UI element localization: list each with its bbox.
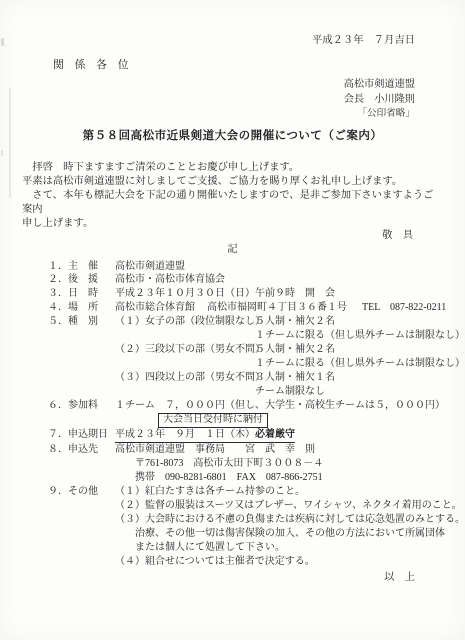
scan-artifact [9, 88, 11, 198]
division-format: ５人制・補欠２名 [255, 315, 335, 329]
item-venue: ４．場 所 高松市総合体育館 高松市福岡町４丁目３６番１号 TEL 087-82… [48, 301, 455, 315]
item-value: 平成２３年１０月３０日（日）午前９時 開 会 [115, 287, 335, 301]
sender-org: 高松市剣道連盟 [0, 78, 415, 93]
division-format: ３人制・補欠１名 [255, 371, 335, 385]
other-note-continuation: 治療、その他一切は傷害保険の加入、その他の方法において所属団体 [115, 527, 445, 541]
details-list: １．主 催 高松市剣道連盟 ２．後 援 高松市・高松市体育協会 ３．日 時 平成… [48, 260, 455, 569]
item-division-1-limit: １チームに限る（但し県外チームは制限なし） [48, 329, 455, 343]
venue-name: 高松市総合体育館 [115, 301, 195, 315]
other-note: （３）大会時における不慮の負傷または疾病に対しては応急処置のみとする。 [115, 513, 465, 527]
item-division-3-limit: チーム制限なし [48, 385, 455, 399]
contact-office: 高松市剣道連盟 事務局 宮 武 幸 則 [115, 443, 315, 457]
greeting-line: 拝啓 時下ますますご清栄のこととお慶び申し上げます。 [22, 161, 441, 175]
item-label: ９．その他 [48, 485, 115, 499]
item-label: ６．参加料 [48, 399, 115, 413]
item-contact: ８．申込先 高松市剣道連盟 事務局 宮 武 幸 則 [48, 443, 455, 457]
deadline-strict-note: 必着厳守 [255, 429, 295, 440]
division-name: （１）女子の部（段位制限なし） [115, 315, 255, 329]
item-datetime: ３．日 時 平成２３年１０月３０日（日）午前９時 開 会 [48, 287, 455, 301]
letter-date: 平成２３年 ７月吉日 [0, 34, 465, 47]
seal-omission-note: 「公印省略」 [0, 107, 415, 122]
item-contact-phones: 携帯 090-8281-6801 FAX 087-866-2751 [48, 471, 455, 485]
item-deadline: ７．申込期日 平成２３年 ９月 １日（木）必着厳守 [48, 428, 455, 443]
item-division-3: （３）四段以上の部（男女不問） ３人制・補欠１名 [48, 371, 455, 385]
contact-phones: 携帯 090-8281-6801 FAX 087-866-2751 [115, 471, 323, 485]
division-format: ５人制・補欠２名 [255, 343, 335, 357]
other-note: （１）紅白たすきは各チーム持参のこと。 [115, 485, 305, 499]
sender-president: 会長 小川隆則 [0, 93, 415, 108]
item-label: ４．場 所 [48, 301, 115, 315]
recipient-line: 関 係 各 位 [53, 59, 465, 72]
item-others-3-cont2: または個人にて処置して下さい。 [48, 541, 455, 555]
item-others-4: （４）組合せについては主催者で決定する。 [48, 555, 455, 569]
other-note: （２）監督の服装はスーツ又はブレザー、ワイシャツ、ネクタイ着用のこと。 [115, 499, 462, 513]
item-label: １．主 催 [48, 260, 115, 274]
item-label: ７．申込期日 [48, 428, 115, 442]
greeting-line: 平素は高松市剣道連盟に対しましてご支援、ご協力を賜り厚くお礼申し上げます。 [22, 175, 441, 189]
item-value: 高松市・高松市体育協会 [115, 273, 225, 287]
item-fee: ６．参加料 １チーム ７，０００円（但し、大学生・高校生チームは５，０００円） [48, 399, 455, 413]
greeting-line: さて、本年も標記大会を下記の通り開催いたしますので、是非ご参加下さいますようご案… [22, 189, 441, 217]
item-others-1: ９．その他 （１）紅白たすきは各チーム持参のこと。 [48, 485, 455, 499]
scan-artifact [1, 38, 4, 46]
payment-note-box: 大会当日受付時に納付 [158, 413, 268, 428]
item-contact-address: 〒761-8073 高松市太田下町３００８－４ [48, 457, 455, 471]
venue-tel: TEL 087-822-0211 [362, 301, 446, 315]
item-sponsor: ２．後 援 高松市・高松市体育協会 [48, 273, 455, 287]
division-limit: １チームに限る（但し県外チームは制限なし） [255, 357, 465, 371]
item-others-3-cont: 治療、その他一切は傷害保険の加入、その他の方法において所属団体 [48, 527, 455, 541]
fee-value: １チーム ７，０００円（但し、大学生・高校生チームは５，０００円） [115, 399, 445, 413]
venue-address: 高松市福岡町４丁目３６番１号 [207, 301, 347, 315]
other-note: （４）組合せについては主催者で決定する。 [115, 555, 315, 569]
division-limit: チーム制限なし [255, 385, 325, 399]
item-label: ２．後 援 [48, 273, 115, 287]
item-label: ３．日 時 [48, 287, 115, 301]
division-limit: １チームに限る（但し県外チームは制限なし） [255, 329, 465, 343]
item-division-2-limit: １チームに限る（但し県外チームは制限なし） [48, 357, 455, 371]
contact-address: 〒761-8073 高松市太田下町３００８－４ [115, 457, 323, 471]
item-fee-payment-note: 大会当日受付時に納付 [48, 412, 455, 428]
item-label: ８．申込先 [48, 443, 115, 457]
greeting-paragraph: 拝啓 時下ますますご清栄のこととお慶び申し上げます。 平素は高松市剣道連盟に対し… [22, 161, 441, 231]
other-note-continuation: または個人にて処置して下さい。 [115, 541, 285, 555]
deadline-date: 平成２３年 ９月 １日（木） [115, 429, 255, 440]
document-title: 第５８回高松市近県剣道大会の開催について（ご案内） [0, 128, 465, 144]
scanned-letter-page: 平成２３年 ７月吉日 関 係 各 位 高松市剣道連盟 会長 小川隆則 「公印省略… [0, 0, 465, 640]
item-others-3: （３）大会時における不慮の負傷または疾病に対しては応急処置のみとする。 [48, 513, 455, 527]
scan-artifact [1, 150, 3, 156]
record-mark: 記 [0, 243, 465, 257]
deadline-underline: 平成２３年 ９月 １日（木）必着厳守 [115, 428, 295, 443]
item-value: 高松市剣道連盟 [115, 260, 185, 274]
division-name: （３）四段以上の部（男女不問） [115, 371, 255, 385]
sender-block: 高松市剣道連盟 会長 小川隆則 「公印省略」 [0, 78, 465, 122]
end-mark: 以 上 [0, 571, 465, 585]
closing-word: 敬 具 [0, 229, 465, 243]
item-others-2: （２）監督の服装はスーツ又はブレザー、ワイシャツ、ネクタイ着用のこと。 [48, 499, 455, 513]
item-label: ５．種 別 [48, 315, 115, 329]
division-name: （２）三段以下の部（男女不問） [115, 343, 255, 357]
item-division-2: （２）三段以下の部（男女不問） ５人制・補欠２名 [48, 343, 455, 357]
item-division-1: ５．種 別 （１）女子の部（段位制限なし） ５人制・補欠２名 [48, 315, 455, 329]
item-host: １．主 催 高松市剣道連盟 [48, 260, 455, 274]
